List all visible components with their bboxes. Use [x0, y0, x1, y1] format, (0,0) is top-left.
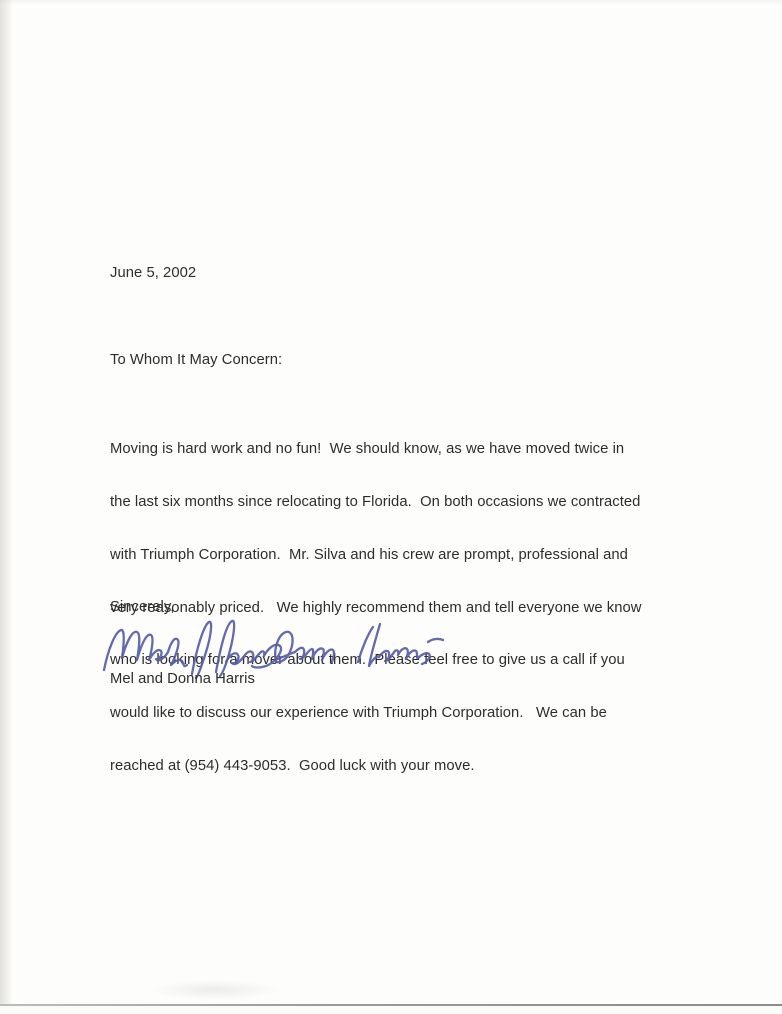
- below-page-area: [0, 1006, 782, 1014]
- signature-stroke-mel: [104, 630, 187, 670]
- scan-smudge-artifact: [150, 980, 280, 1000]
- scan-top-edge-shading: [0, 0, 782, 5]
- body-line: with Triumph Corporation. Mr. Silva and …: [110, 547, 642, 565]
- body-line: very reasonably priced. We highly recomm…: [110, 600, 642, 618]
- letter-salutation: To Whom It May Concern:: [110, 352, 282, 370]
- letter-body: Moving is hard work and no fun! We shoul…: [110, 406, 642, 811]
- signature-stroke-harris1-loops: [192, 621, 234, 678]
- body-line: Moving is hard work and no fun! We shoul…: [110, 441, 642, 459]
- signature-stroke-harris2: [358, 624, 443, 666]
- signature-stroke-harris1-tail: [226, 645, 281, 668]
- body-line: the last six months since relocating to …: [110, 494, 642, 512]
- letter-closing: Sincerely,: [110, 599, 174, 617]
- scan-left-edge-shading: [0, 0, 13, 1014]
- scanned-letter-page: June 5, 2002 To Whom It May Concern: Mov…: [0, 0, 782, 1014]
- body-line: reached at (954) 443-9053. Good luck wit…: [110, 758, 642, 776]
- body-line: would like to discuss our experience wit…: [110, 705, 642, 723]
- typed-signature-name: Mel and Donna Harris: [110, 671, 255, 689]
- letter-date: June 5, 2002: [110, 265, 196, 283]
- signature-stroke-donna: [275, 632, 334, 662]
